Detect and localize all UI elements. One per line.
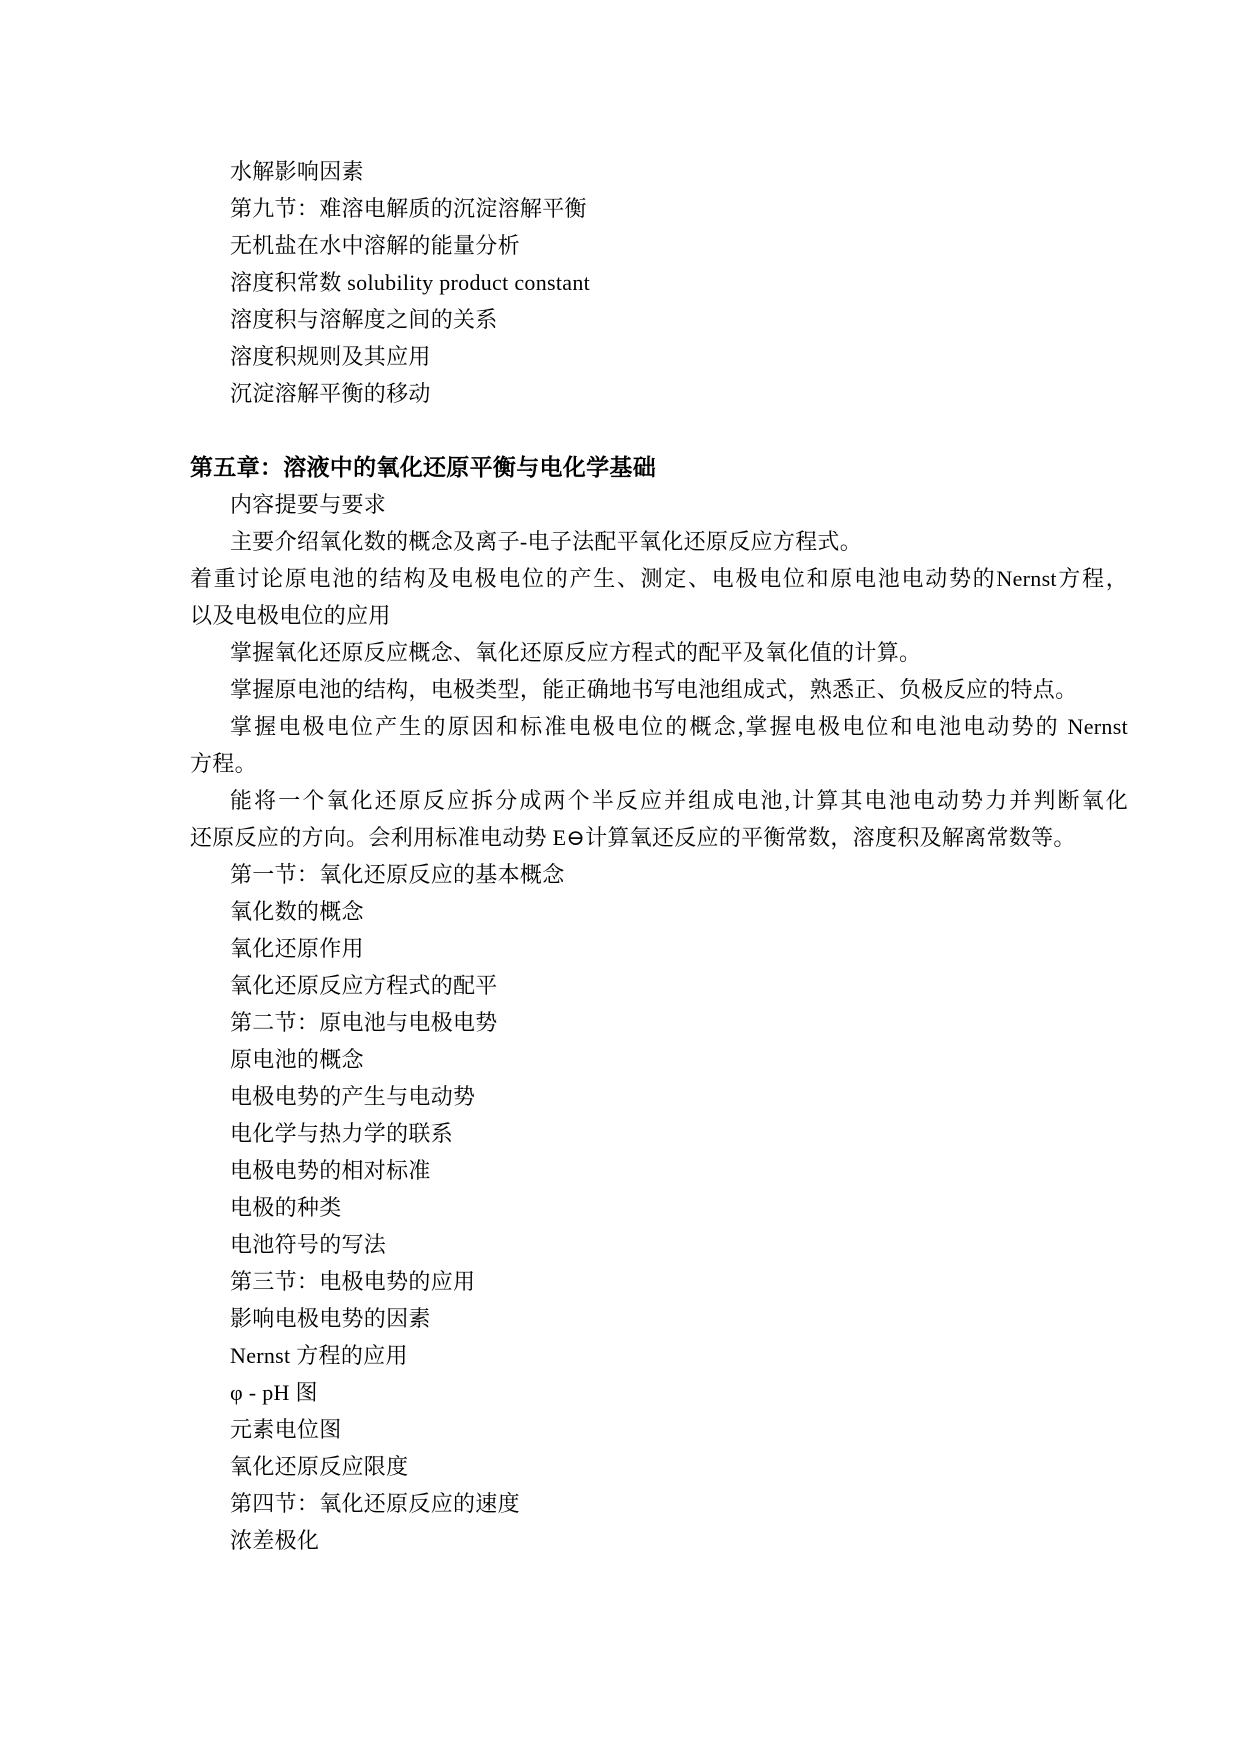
content-line: 内容提要与要求	[190, 486, 1128, 523]
section-heading-line: 第一节：氧化还原反应的基本概念	[190, 856, 1128, 893]
section-heading-line: 第三节：电极电势的应用	[190, 1263, 1128, 1300]
content-line: 无机盐在水中溶解的能量分析	[190, 227, 1128, 264]
paragraph-spacer	[190, 412, 1128, 449]
content-line: 水解影响因素	[190, 153, 1128, 190]
content-line: 氧化还原反应方程式的配平	[190, 967, 1128, 1004]
content-line: 着重讨论原电池的结构及电极电位的产生、测定、电极电位和原电池电动势的Nernst…	[190, 560, 1128, 597]
content-line: 电化学与热力学的联系	[190, 1115, 1128, 1152]
chapter-heading: 第五章：溶液中的氧化还原平衡与电化学基础	[190, 449, 1128, 486]
section-heading-line: 第九节：难溶电解质的沉淀溶解平衡	[190, 190, 1128, 227]
content-line: 氧化还原作用	[190, 930, 1128, 967]
content-line: 电池符号的写法	[190, 1226, 1128, 1263]
content-line: 电极的种类	[190, 1189, 1128, 1226]
content-line: 溶度积与溶解度之间的关系	[190, 301, 1128, 338]
content-line: 还原反应的方向。会利用标准电动势 E⊖计算氧还反应的平衡常数，溶度积及解离常数等…	[190, 819, 1128, 856]
content-line: 掌握原电池的结构，电极类型，能正确地书写电池组成式，熟悉正、负极反应的特点。	[190, 671, 1128, 708]
content-line: 方程。	[190, 745, 1128, 782]
content-line: 浓差极化	[190, 1522, 1128, 1559]
content-line: 电极电势的相对标准	[190, 1152, 1128, 1189]
content-line: Nernst 方程的应用	[190, 1337, 1128, 1374]
content-line: 氧化数的概念	[190, 893, 1128, 930]
section-heading-line: 第二节：原电池与电极电势	[190, 1004, 1128, 1041]
content-line: 影响电极电势的因素	[190, 1300, 1128, 1337]
content-line: 掌握电极电位产生的原因和标准电极电位的概念,掌握电极电位和电池电动势的 Nern…	[190, 708, 1128, 745]
content-line: 溶度积规则及其应用	[190, 338, 1128, 375]
document-page: 水解影响因素第九节：难溶电解质的沉淀溶解平衡无机盐在水中溶解的能量分析溶度积常数…	[0, 0, 1240, 1754]
content-line: 沉淀溶解平衡的移动	[190, 375, 1128, 412]
section-heading-line: 第四节：氧化还原反应的速度	[190, 1485, 1128, 1522]
content-line: 溶度积常数 solubility product constant	[190, 264, 1128, 301]
content-line: 以及电极电位的应用	[190, 597, 1128, 634]
content-line: 原电池的概念	[190, 1041, 1128, 1078]
content-line: 掌握氧化还原反应概念、氧化还原反应方程式的配平及氧化值的计算。	[190, 634, 1128, 671]
content-line: φ - pH 图	[190, 1374, 1128, 1411]
content-line: 电极电势的产生与电动势	[190, 1078, 1128, 1115]
content-line: 主要介绍氧化数的概念及离子-电子法配平氧化还原反应方程式。	[190, 523, 1128, 560]
document-body: 水解影响因素第九节：难溶电解质的沉淀溶解平衡无机盐在水中溶解的能量分析溶度积常数…	[190, 153, 1128, 1559]
content-line: 元素电位图	[190, 1411, 1128, 1448]
content-line: 氧化还原反应限度	[190, 1448, 1128, 1485]
content-line: 能将一个氧化还原反应拆分成两个半反应并组成电池,计算其电池电动势力并判断氧化	[190, 782, 1128, 819]
